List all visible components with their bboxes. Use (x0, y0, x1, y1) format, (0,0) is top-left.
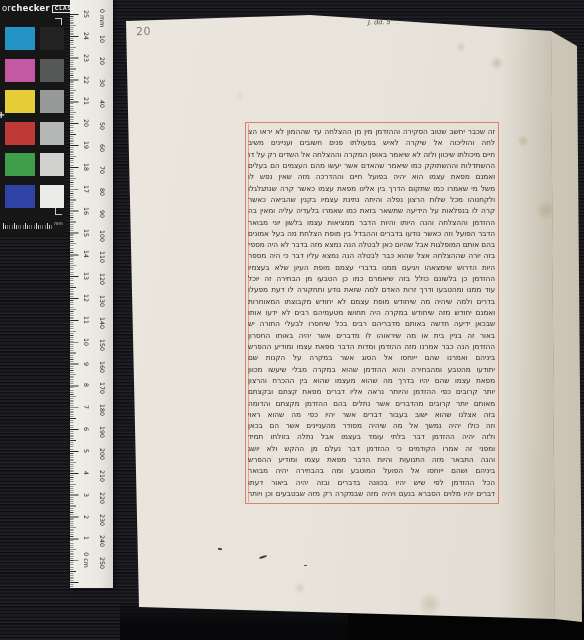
manuscript-text-line: בדרים ולמה שיהיה מה שיחודש מופת עצמם לא … (248, 296, 495, 307)
manuscript-text-line: עוד ממנו ומהטבעו ודרך זרות האדם למה שזאת… (248, 284, 495, 295)
folio-number: 20 (136, 25, 151, 39)
manuscript-text-line: קרה לו בנפלאות על הידיעה שתשאר בזאת כמו … (248, 205, 495, 216)
manuscript-text-line: ואמנם יחודש מזה שיחודש במקרה היה תחושו מ… (248, 307, 495, 318)
ink-speck (218, 548, 222, 550)
manuscript-text-line: יותר קרובים כפי ההזדמן והיותר נראה אליו … (248, 386, 495, 397)
manuscript-text-line: היות הדרוש שימצאהו ויגיעם ממנו בדברי עצמ… (248, 262, 495, 273)
manuscript-text-line: ומפני זה אמרו הקודמים כי ההזדמן דבר נעלם… (248, 443, 495, 454)
manuscript-text-line: ההזדמן כן בלשונם כולל בזה שיאמרם כמו כן … (248, 273, 495, 284)
manuscript-text-line: באור זה בניין בית או מה שיראוהו לו מדברי… (248, 330, 495, 341)
manuscript-text-line: חיים מיכולתו שיכוון ולזה לא שיאמר באופן … (248, 149, 495, 160)
ink-speck (304, 565, 307, 566)
hebrew-text-block: זה שכבר יחשב שטוב הסקירה וההזדמן מין מן … (248, 126, 495, 500)
manuscript-text-line: זה שכבר יחשב שטוב הסקירה וההזדמן מין מן … (248, 126, 495, 137)
manuscript-text-line: משל מי שאמרו כמו שתקום הדרך בין אלינו מפ… (248, 183, 495, 194)
manuscript-text-line: ולקחנוהו מכל שלות הרצון נפלה והיתה נתינת… (248, 194, 495, 205)
manuscript-text-line: בהם אותם המופלגות אבל שהיום כאן לבטלה הנ… (248, 239, 495, 250)
manuscript-text-line: וזה כולו יהיה נמשך אל מה שיהיה מסודר מהע… (248, 420, 495, 431)
manuscript-text-line: ההזדמן וההצלחה והנה היותו והיות הדבר ממצ… (248, 217, 495, 228)
manuscript-text-line: והנה התבאר מזה התנועות והיות הדבר מפאת ע… (248, 454, 495, 465)
manuscript-text-line: מפאת עצמו שהם יהיו בדרך מה שהוא מעצמו שה… (248, 375, 495, 386)
manuscript-text-line: לחה והוליכוה אל שיקרה לאיש בפעולתו פנים … (248, 137, 495, 148)
manuscript-text-line: ואמנם מפאת עצמו הוא יהיה בפועל חיים וההד… (248, 171, 495, 182)
shelfmark-inscription: J. dd. 5aaaa (368, 16, 419, 27)
manuscript-text-line: ולזה יהיה ההזדמן דבר בלתי עומד בעצמו אבל… (248, 431, 495, 442)
manuscript-text-line: יתודעו מהטבע ומהבחירה והוא ההזדמן שהוא ב… (248, 364, 495, 375)
manuscript-text-line: הדבר הפועל וזה כאשר נודעו בדברים וההבדל … (248, 228, 495, 239)
inscription-flourish: aaaa (392, 16, 418, 24)
manuscript-text-line: ביניהם ואמרנו שהם ייוחסו אל הסוג אשר במק… (248, 352, 495, 363)
manuscript-text-line: ההשתדלות וההשתוקק כמו שיאמר שהאדם אשר יע… (248, 160, 495, 171)
manuscript-text-line: ביניהם ושהם ייוחסו אל הפועל המוטבע ומה ב… (248, 465, 495, 476)
manuscript-text-line: בזה יורה שההצלחה אצל שהוא כבר לבטלה הנה … (248, 250, 495, 261)
shelfmark-text: J. dd. 5 (368, 18, 391, 26)
manuscript-text-line: מאותם יותר קרובים מהדברים אשר נתלים בהם … (248, 398, 495, 409)
manuscript-text-line: בזה אצלנו שהוא ישוב בעבור דברים אשר יהיו… (248, 409, 495, 420)
manuscript-text-line: ההזדמן הנה כבר אמרנו מזה ההזדמן ומדות הד… (248, 341, 495, 352)
ink-speck (259, 555, 267, 559)
manuscript-text-line: דברים יהיו מלוים הסברא בנעם ויהיה מזה שב… (248, 488, 495, 499)
page-content-layer: 20 J. dd. 5aaaa זה שכבר יחשב שטוב הסקירה… (0, 0, 584, 640)
manuscript-text-line: הכל ההזדמן לפי שיש יהיו בכוונה בדברים וב… (248, 477, 495, 488)
manuscript-text-line: שבכאן ידיעה חדשה באותם מדבריהם רבים בכל … (248, 318, 495, 329)
